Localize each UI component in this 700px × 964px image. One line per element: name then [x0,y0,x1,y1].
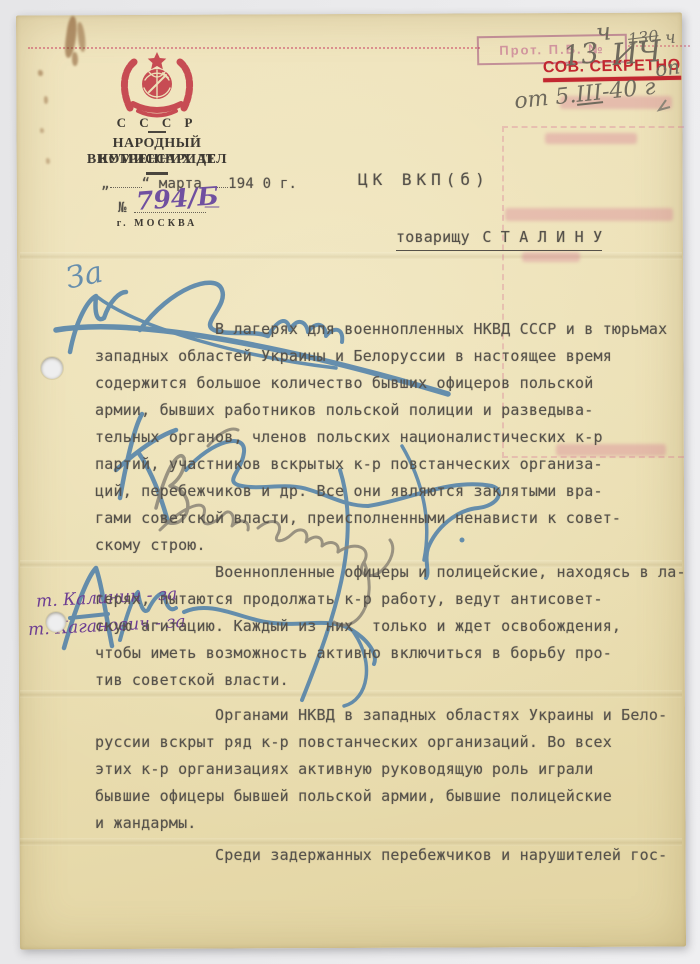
recipient-name-line: товарищу С Т А Л И Н У [396,228,602,251]
recipient-to-word: товарищу [396,228,470,246]
body-line: армии, бывших работников польской полици… [95,397,670,424]
body-line: Среди задержанных перебежчиков и нарушит… [95,842,670,869]
body-line: тив советской власти. [95,667,670,694]
stain-speck [46,158,50,164]
letterhead-org-line2: ВНУТРЕННИХ ДЕЛ [57,152,257,168]
memo-body-text: В лагерях для военнопленных НКВД СССР и … [95,316,670,869]
stain-speck [44,96,48,104]
letterhead-divider [148,131,166,133]
body-line: гами советской власти, преисполненными н… [95,505,670,532]
date-g-suffix: г. [280,176,297,192]
stain-mark [72,52,78,66]
za-approval-word: За [63,255,106,297]
body-line: содержится большое количество бывших офи… [95,370,670,397]
punch-hole [41,357,63,379]
stain-speck [38,70,43,76]
body-line: руссии вскрыт ряд к-р повстанческих орга… [95,729,670,756]
letterhead-divider [146,172,168,175]
body-line: партий, участников вскрытых к-р повстанч… [95,451,670,478]
body-line: Органами НКВД в западных областях Украин… [95,702,670,729]
body-line: Военнопленные офицеры и полицейские, нах… [95,559,670,586]
body-line: скую агитацию. Каждый из них только и жд… [95,613,670,640]
body-line: В лагерях для военнопленных НКВД СССР и … [95,316,670,343]
body-line: чтобы иметь возможность активно включить… [95,640,670,667]
body-line: герях, пытаются продолжать к-р работу, в… [95,586,670,613]
recipient-name: С Т А Л И Н У [482,228,602,246]
letterhead-city: г. МОСКВА [57,218,257,229]
body-line: бывшие офицеры бывшей польской армии, бы… [95,783,670,810]
date-year-digit: 0 [263,176,272,192]
recipient-org: ЦК ВКП(б) [358,170,490,189]
number-sign: № [118,200,127,216]
body-line: и жандармы. [95,810,670,837]
scanned-memo-screenshot: { "stamps": { "top_secret": "СОВ. СЕКРЕТ… [0,0,700,964]
date-open-quote: „ [101,176,110,192]
body-line: скому строю. [95,532,670,559]
stain-speck [40,128,44,133]
number-dash: — [204,196,220,215]
body-line: ций, перебежчиков и др. Все они являются… [95,478,670,505]
punch-hole [46,612,66,632]
date-year: 194 [228,176,254,192]
body-line: тельных органов, членов польских национа… [95,424,670,451]
body-line: этих к-р организациях активную руководящ… [95,756,670,783]
pencil-tick-mark [659,100,670,110]
letterhead-country: С С С Р [57,115,257,131]
body-line: западных областей Украины и Белоруссии в… [95,343,670,370]
ussr-emblem-icon [124,52,189,116]
